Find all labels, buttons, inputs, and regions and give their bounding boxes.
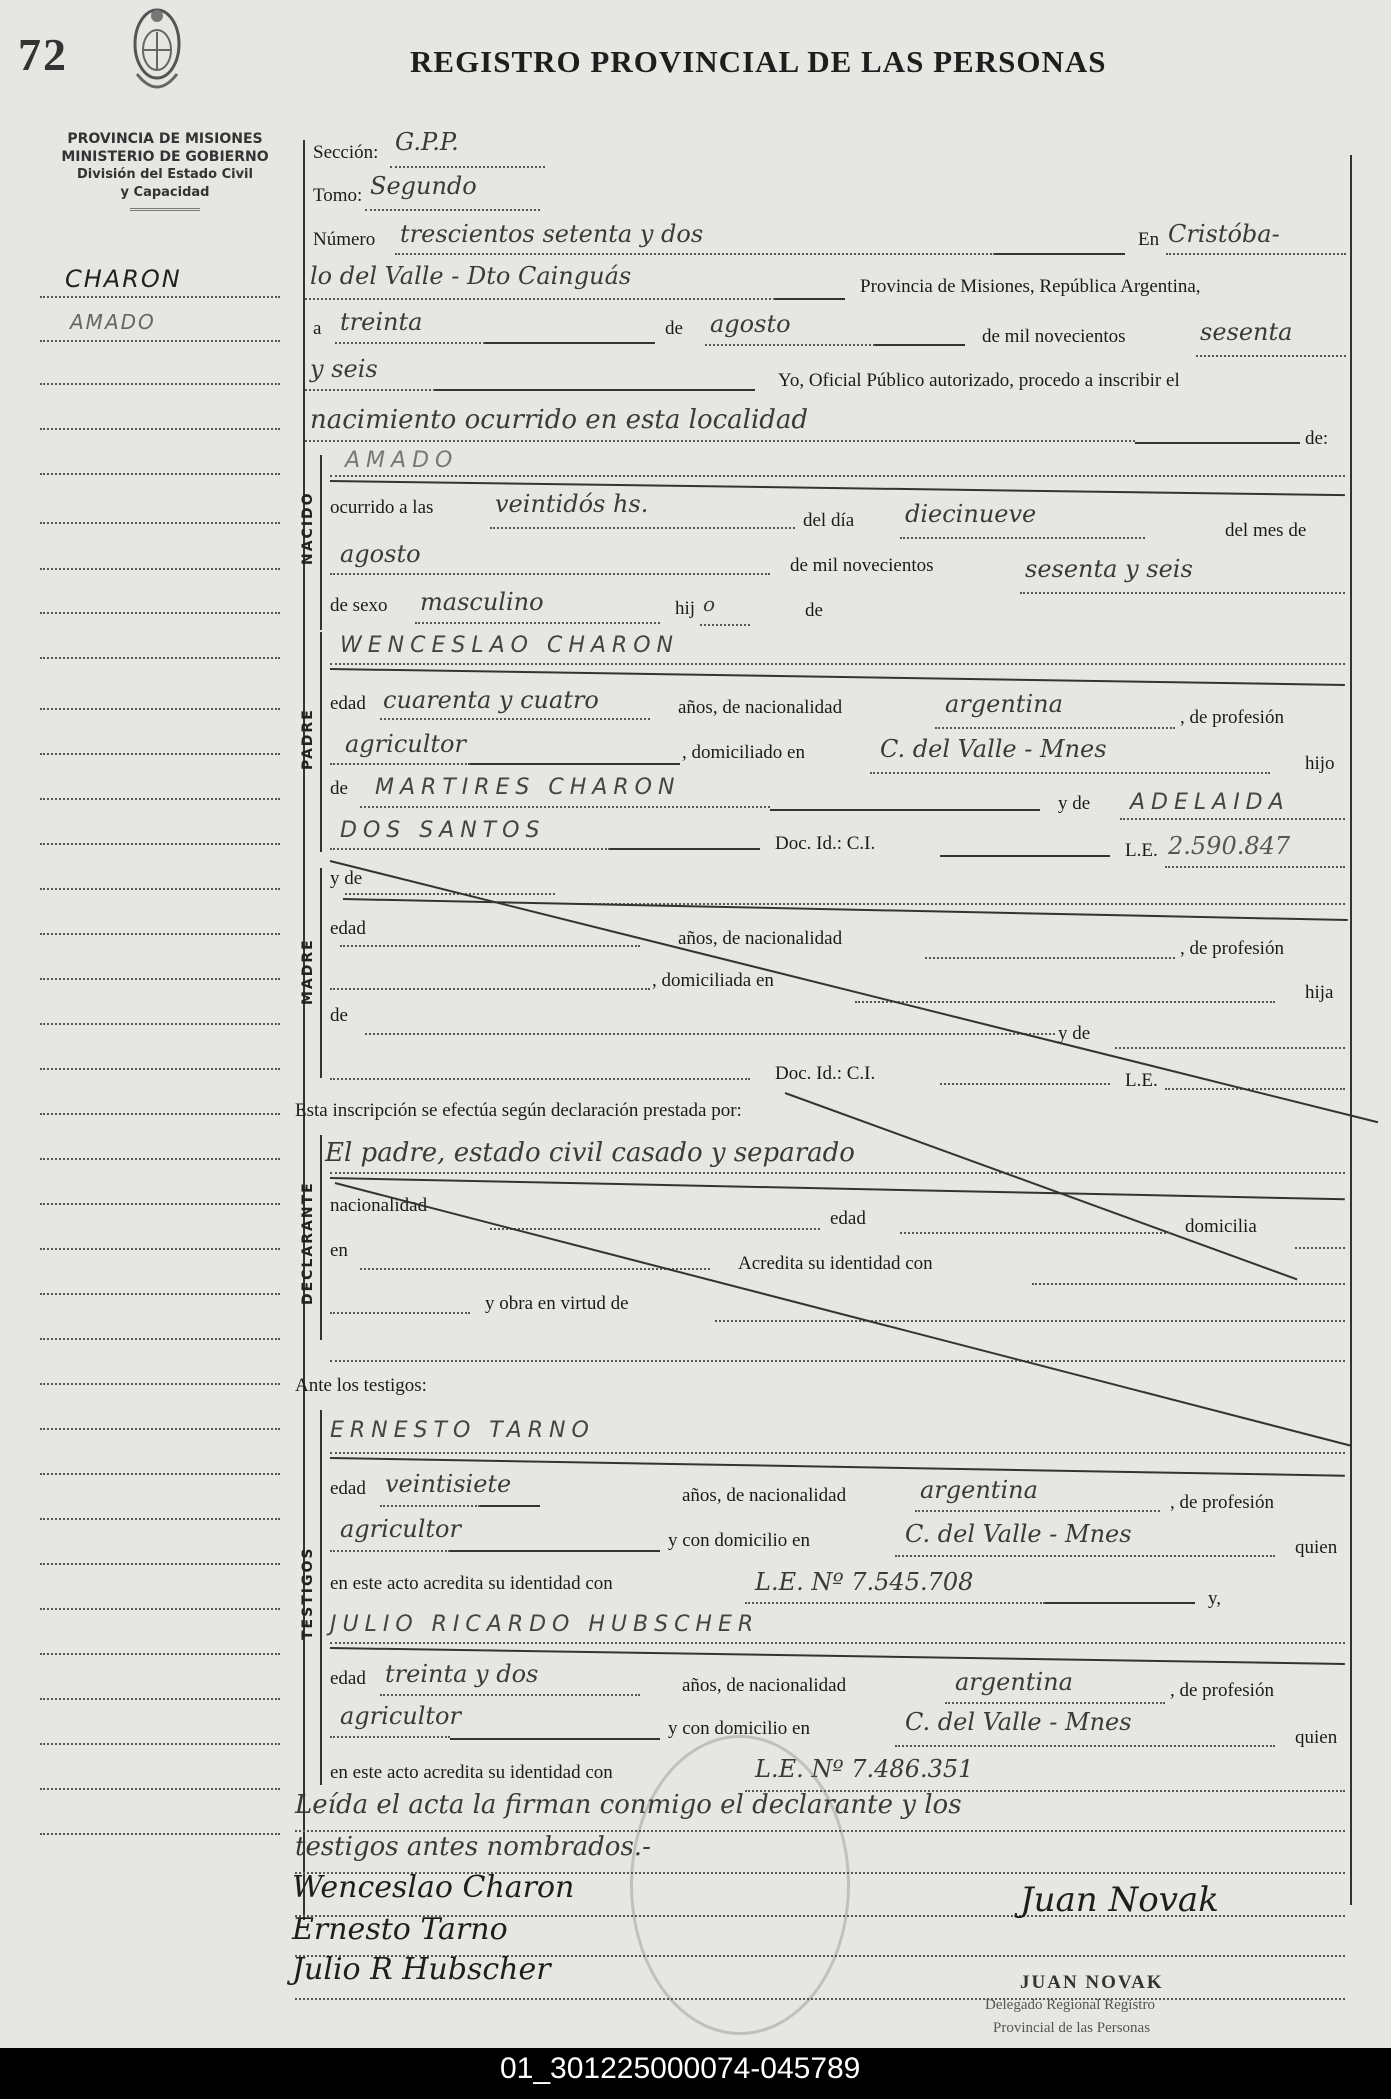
tomo-line: [365, 209, 540, 211]
coat-of-arms-icon: [125, 4, 189, 104]
madre-doc-label: Doc. Id.: C.I.: [775, 1063, 875, 1085]
tomo-value: Segundo: [370, 172, 477, 200]
witness-1-quien-label: quien: [1295, 1537, 1337, 1559]
witness-2-domicilio-value: C. del Valle - Mnes: [905, 1708, 1132, 1736]
witness-1-profesion-value: agricultor: [340, 1515, 461, 1543]
event-value: nacimiento ocurrido en esta localidad: [310, 405, 808, 435]
declarante-edad-label: edad: [830, 1208, 866, 1230]
witness-2-signature: Julio R Hubscher: [292, 1952, 551, 1987]
declarante-domicilia-line: [1295, 1247, 1345, 1249]
month-line-end: [875, 344, 965, 346]
declarante-obra-label: y obra en virtud de: [485, 1293, 629, 1315]
madre-parent-line-2: [1115, 1047, 1345, 1049]
agency-division: División del Estado Civil: [40, 166, 290, 184]
margin-line: [40, 340, 280, 342]
witness-1-edad-line-end: [480, 1505, 540, 1507]
place-line-2-end: [775, 298, 845, 300]
nacido-month-line: [330, 573, 770, 575]
declarante-edad-line: [900, 1232, 1170, 1234]
padre-le-value: 2.590.847: [1168, 832, 1290, 860]
en-label: En: [1138, 229, 1159, 251]
numero-label: Número: [313, 229, 375, 251]
margin-line: [40, 1653, 280, 1655]
place-value-2: lo del Valle - Dto Cainguás: [310, 262, 631, 290]
margin-line: [40, 1473, 280, 1475]
witness-1-anos-label: años, de nacionalidad: [682, 1485, 846, 1507]
sex-value: masculino: [420, 588, 544, 616]
testigos-bracket: [320, 1410, 322, 1785]
agency-ministry: MINISTERIO DE GOBIERNO: [40, 148, 290, 166]
witness-2-acredita-label: en este acto acredita su identidad con: [330, 1762, 613, 1784]
place-line-1: [1166, 253, 1346, 255]
witness-2-profesion-label: , de profesión: [1170, 1680, 1274, 1702]
agency-divider: [130, 208, 200, 211]
hijo-label: hij: [675, 598, 695, 620]
margin-line: [40, 1833, 280, 1835]
declarante-value: El padre, estado civil casado y separado: [325, 1138, 855, 1168]
paternal-grandfather: MARTIRES CHARON: [375, 775, 680, 800]
paternal-grandmother-line-2-end: [610, 848, 760, 850]
margin-line: [40, 296, 280, 298]
margin-line: [40, 568, 280, 570]
padre-y-de-label: y de: [1058, 793, 1090, 815]
declarante-acredita-line: [1032, 1283, 1345, 1285]
witness-1-id-line: [745, 1602, 1045, 1604]
witness-1-profesion-label: , de profesión: [1170, 1492, 1274, 1514]
paternal-grandfather-line: [360, 806, 770, 808]
official-name: JUAN NOVAK: [1020, 1972, 1164, 1994]
form-left-border: [303, 140, 305, 1920]
witness-1-edad-value: veintisiete: [385, 1470, 511, 1498]
witness-1-nacionalidad-line: [915, 1510, 1160, 1512]
numero-value: trescientos setenta y dos: [400, 220, 703, 248]
witness-2-edad-line: [380, 1694, 640, 1696]
witness-2-profesion-line-end: [450, 1738, 660, 1740]
place-line-2: [305, 298, 775, 300]
padre-profesion-line: [330, 763, 470, 765]
testigos-intro: Ante los testigos:: [295, 1375, 427, 1397]
nacido-month-value: agosto: [340, 540, 421, 568]
closing-line-2: testigos antes nombrados.-: [295, 1832, 651, 1862]
official-signature: Juan Novak: [1020, 1880, 1219, 1920]
padre-nacionalidad-line: [935, 727, 1175, 729]
seccion-label: Sección:: [313, 142, 378, 164]
paternal-grandmother-line-1: [1120, 818, 1345, 820]
day-line-end: [485, 342, 655, 344]
province-text: Provincia de Misiones, República Argenti…: [860, 276, 1201, 298]
agency-block: PROVINCIA DE MISIONES MINISTERIO DE GOBI…: [40, 130, 290, 211]
nacido-bracket: [320, 455, 322, 630]
declarante-en-label: en: [330, 1240, 348, 1262]
form-right-border: [1350, 155, 1352, 1905]
witness-1-edad-label: edad: [330, 1478, 366, 1500]
padre-hijo-label: hijo: [1305, 753, 1335, 775]
de-colon: de:: [1305, 428, 1328, 450]
margin-line: [40, 1698, 280, 1700]
year-line-1: [1196, 355, 1346, 357]
padre-nacionalidad-value: argentina: [945, 690, 1063, 718]
declarante-strike: [330, 1177, 1345, 1200]
witness-1-domicilio-label: y con domicilio en: [668, 1530, 810, 1552]
margin-line: [40, 708, 280, 710]
declarante-section-label: DECLARANTE: [300, 1181, 316, 1305]
margin-line: [40, 1518, 280, 1520]
padre-domicilio-line: [870, 772, 1270, 774]
margin-line: [40, 1563, 280, 1565]
witness-1-profesion-line-end: [450, 1550, 660, 1552]
document-title: REGISTRO PROVINCIAL DE LAS PERSONAS: [410, 44, 1106, 80]
nacido-day-value: diecinueve: [905, 500, 1036, 528]
padre-domicilio-label: , domiciliado en: [682, 742, 805, 764]
margin-line: [40, 888, 280, 890]
declarante-en-line: [360, 1268, 710, 1270]
hijo-suffix: o: [703, 592, 715, 616]
margin-line: [40, 428, 280, 430]
witness-2-name-line: [330, 1642, 1345, 1644]
declarante-obra-pre-line: [330, 1312, 470, 1314]
margin-line: [40, 1743, 280, 1745]
madre-edad-label: edad: [330, 918, 366, 940]
padre-bracket: [320, 632, 322, 852]
margin-line: [40, 612, 280, 614]
day-label: del día: [803, 510, 854, 532]
a-label: a: [313, 318, 321, 340]
father-name-line: [330, 663, 1345, 665]
paternal-grandmother-2: DOS SANTOS: [340, 818, 545, 843]
witness-1-nacionalidad-value: argentina: [920, 1476, 1038, 1504]
hour-line: [490, 527, 795, 529]
padre-ci-line: [940, 855, 1110, 857]
witness-2-domicilio-line: [895, 1745, 1275, 1747]
madre-le-label: L.E.: [1125, 1070, 1158, 1092]
margin-line: [40, 1608, 280, 1610]
agency-capacity: y Capacidad: [40, 184, 290, 202]
madre-y-de-label: y de: [330, 868, 362, 890]
seccion-line: [390, 166, 545, 168]
sex-label: de sexo: [330, 595, 388, 617]
padre-section-label: PADRE: [300, 708, 316, 770]
madre-hija-label: hija: [1305, 982, 1334, 1004]
file-id: 01_301225000074-045789: [500, 2052, 860, 2086]
witness-1-signature: Ernesto Tarno: [292, 1912, 508, 1947]
tomo-label: Tomo:: [313, 185, 362, 207]
nacido-year-label: de mil novecientos: [790, 555, 934, 577]
official-seal-stamp: [630, 1735, 850, 2035]
nacido-day-line: [900, 537, 1145, 539]
officer-text: Yo, Oficial Público autorizado, procedo …: [778, 370, 1180, 392]
margin-line: [40, 522, 280, 524]
margin-line: [40, 657, 280, 659]
margin-line: [40, 1338, 280, 1340]
witness-1-domicilio-line: [895, 1555, 1275, 1557]
signature-rule-3: [295, 1998, 1345, 2000]
witness-1-trailing: y,: [1208, 1588, 1221, 1610]
margin-line: [40, 1383, 280, 1385]
year-value-1: sesenta: [1200, 318, 1292, 346]
margin-surname: CHARON: [65, 265, 182, 293]
padre-anos-label: años, de nacionalidad: [678, 697, 842, 719]
madre-anos-label: años, de nacionalidad: [678, 928, 842, 950]
padre-edad-line: [380, 718, 650, 720]
margin-line: [40, 753, 280, 755]
official-role-2: Provincial de las Personas: [993, 2020, 1150, 2037]
year-line-2: [305, 389, 435, 391]
page-number: 72: [18, 28, 68, 81]
year-value-2: y seis: [310, 355, 378, 383]
madre-parent-line: [365, 1033, 1055, 1035]
testigos-section-label: TESTIGOS: [300, 1547, 316, 1640]
margin-line: [40, 978, 280, 980]
nacido-name-line: [330, 475, 1345, 477]
madre-ci-line: [940, 1083, 1110, 1085]
madre-section-label: MADRE: [300, 938, 316, 1005]
month-line: [705, 344, 875, 346]
witness-2-name: JULIO RICARDO HUBSCHER: [330, 1612, 759, 1637]
place-value-1: Cristóba-: [1168, 220, 1280, 248]
margin-line: [40, 1293, 280, 1295]
nacido-year-value: sesenta y seis: [1025, 555, 1193, 583]
declarante-intro: Esta inscripción se efectúa según declar…: [295, 1100, 742, 1122]
nacido-name: AMADO: [345, 448, 458, 473]
witness-2-nacionalidad-value: argentina: [955, 1668, 1073, 1696]
day-line: [335, 342, 485, 344]
witness-1-profesion-line: [330, 1550, 450, 1552]
padre-profesion-label: , de profesión: [1180, 707, 1284, 729]
witness-1-domicilio-value: C. del Valle - Mnes: [905, 1520, 1132, 1548]
declarante-obra-line: [715, 1320, 1345, 1322]
witness-1-id-value: L.E. Nº 7.545.708: [755, 1568, 973, 1596]
event-line-end: [1135, 442, 1300, 444]
madre-domicilio-line: [855, 1001, 1275, 1003]
month-label: del mes de: [1225, 520, 1306, 542]
padre-doc-label: Doc. Id.: C.I.: [775, 833, 875, 855]
declarante-nacionalidad-line: [490, 1228, 820, 1230]
year-line-2-end: [435, 389, 755, 391]
padre-profesion-line-end: [470, 763, 680, 765]
padre-le-label: L.E.: [1125, 840, 1158, 862]
declarante-extra-line: [330, 1360, 1345, 1362]
margin-line: [40, 1788, 280, 1790]
madre-domicilio-label: , domiciliada en: [652, 970, 774, 992]
nacido-de-label: de: [805, 600, 823, 622]
madre-profesion-label: , de profesión: [1180, 938, 1284, 960]
padre-edad-value: cuarenta y cuatro: [383, 686, 599, 714]
witness-1-name: ERNESTO TARNO: [330, 1418, 595, 1443]
margin-line: [40, 843, 280, 845]
padre-le-line: [1165, 866, 1345, 868]
hour-value: veintidós hs.: [495, 490, 648, 518]
margin-line: [40, 1023, 280, 1025]
event-line: [305, 440, 1135, 442]
numero-line: [395, 253, 995, 255]
nacido-year-line: [1020, 592, 1345, 594]
sex-line: [415, 622, 660, 624]
agency-province: PROVINCIA DE MISIONES: [40, 130, 290, 148]
margin-line: [40, 1158, 280, 1160]
month-value: agosto: [710, 310, 791, 338]
margin-line: [40, 383, 280, 385]
numero-line-end: [995, 253, 1125, 255]
padre-edad-label: edad: [330, 693, 366, 715]
declarante-value-line: [330, 1172, 1345, 1174]
margin-line: [40, 798, 280, 800]
margin-given-name: AMADO: [70, 310, 156, 334]
paternal-grandfather-line-end: [770, 809, 1040, 811]
margin-line: [40, 473, 280, 475]
witness-2-profesion-line: [330, 1736, 450, 1738]
de-label: de: [665, 318, 683, 340]
padre-profesion-value: agricultor: [345, 730, 466, 758]
declarante-domicilia-label: domicilia: [1185, 1216, 1257, 1238]
padre-de-label: de: [330, 778, 348, 800]
closing-line-1: Leída el acta la firman conmigo el decla…: [295, 1790, 962, 1820]
witness-2-anos-label: años, de nacionalidad: [682, 1675, 846, 1697]
madre-nacionalidad-line: [925, 957, 1175, 959]
declarant-signature: Wenceslao Charon: [292, 1870, 574, 1905]
nacido-name-strike: [330, 480, 1345, 496]
nacido-section-label: NACIDO: [300, 491, 316, 565]
madre-edad-line: [340, 945, 640, 947]
madre-bracket: [320, 868, 322, 1078]
witness-2-quien-label: quien: [1295, 1727, 1337, 1749]
margin-line: [40, 1068, 280, 1070]
witness-1-name-line: [330, 1452, 1345, 1454]
father-name-strike: [330, 668, 1345, 686]
witness-2-profesion-value: agricultor: [340, 1702, 461, 1730]
declarante-acredita-label: Acredita su identidad con: [738, 1253, 933, 1275]
hijo-line: [700, 624, 750, 626]
witness-1-edad-line: [380, 1505, 480, 1507]
padre-domicilio-value: C. del Valle - Mnes: [880, 735, 1107, 763]
madre-name-line-a: [345, 893, 555, 895]
paternal-grandmother-1: ADELAIDA: [1130, 790, 1290, 815]
official-role-1: Delegado Regional Registro: [985, 1997, 1155, 2014]
madre-doc-line: [330, 1078, 750, 1080]
paternal-grandmother-line-2: [330, 848, 610, 850]
hour-label: ocurrido a las: [330, 497, 433, 519]
witness-1-acredita-label: en este acto acredita su identidad con: [330, 1573, 613, 1595]
declarante-bracket: [320, 1135, 322, 1340]
madre-de-label: de: [330, 1005, 348, 1027]
margin-line: [40, 1428, 280, 1430]
father-name: WENCESLAO CHARON: [340, 633, 679, 658]
margin-line: [40, 1113, 280, 1115]
witness-1-id-line-end: [1045, 1602, 1195, 1604]
margin-line: [40, 933, 280, 935]
day-value: treinta: [340, 308, 422, 336]
witness-2-nacionalidad-line: [945, 1702, 1165, 1704]
seccion-value: G.P.P.: [395, 128, 459, 156]
year-label: de mil novecientos: [982, 326, 1126, 348]
margin-line: [40, 1248, 280, 1250]
declarante-nacionalidad-label: nacionalidad: [330, 1195, 427, 1217]
witness-2-edad-value: treinta y dos: [385, 1660, 538, 1688]
witness-2-edad-label: edad: [330, 1668, 366, 1690]
margin-line: [40, 1203, 280, 1205]
madre-profesion-line: [330, 988, 650, 990]
